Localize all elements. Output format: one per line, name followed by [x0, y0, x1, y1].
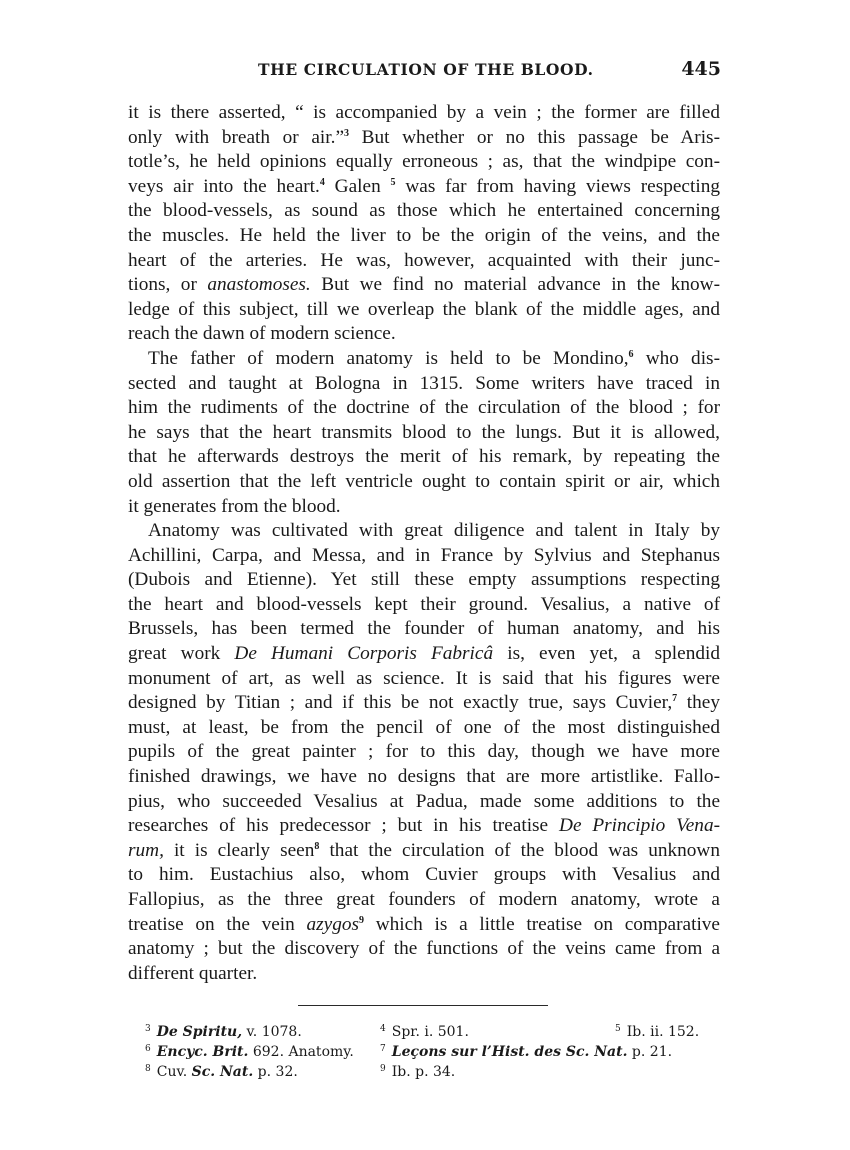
text-line: Achillini, Carpa, and Messa, and in Fran… — [128, 544, 720, 569]
text-segment: heart of the arteries. He was, however, … — [128, 250, 720, 271]
text-line: only with breath or air.”3 But whether o… — [128, 126, 720, 151]
footnote-number: 8 — [145, 1064, 151, 1074]
footnote-text: Cuv. — [157, 1064, 192, 1080]
text-line: the blood-vessels, as sound as those whi… — [128, 199, 720, 224]
text-line: he says that the heart transmits blood t… — [128, 421, 720, 446]
text-segment: Achillini, Carpa, and Messa, and in Fran… — [128, 545, 720, 566]
text-segment: different quarter. — [128, 963, 257, 984]
italic-text: rum, — [128, 840, 164, 861]
text-line: him the rudiments of the doctrine of the… — [128, 396, 720, 421]
text-line: old assertion that the left ventricle ou… — [128, 470, 720, 495]
footnote-number: 4 — [380, 1024, 386, 1034]
text-segment: sected and taught at Bologna in 1315. So… — [128, 373, 720, 394]
footnote-text: v. 1078. — [242, 1024, 302, 1040]
running-title: THE CIRCULATION OF THE BLOOD. — [258, 60, 594, 79]
footnote-text: p. 21. — [627, 1044, 672, 1060]
italic-text: De Humani Corporis Fabricâ — [234, 643, 493, 664]
text-segment: the muscles. He held the liver to be the… — [128, 225, 720, 246]
text-segment: who dis- — [634, 348, 720, 369]
text-segment: to him. Eustachius also, whom Cuvier gro… — [128, 864, 720, 885]
text-segment: Fallopius, as the three great founders o… — [128, 889, 720, 910]
text-segment: he says that the heart transmits blood t… — [128, 422, 720, 443]
footnote-title: Encyc. Brit. — [157, 1044, 249, 1060]
footnote-number: 9 — [380, 1064, 386, 1074]
text-segment: him the rudiments of the doctrine of the… — [128, 397, 720, 418]
footnote-title: Leçons sur l’Hist. des Sc. Nat. — [392, 1044, 628, 1060]
text-line: Fallopius, as the three great founders o… — [128, 888, 720, 913]
text-segment: the heart and blood-vessels kept their g… — [128, 594, 720, 615]
text-line: anatomy ; but the discovery of the funct… — [128, 937, 720, 962]
text-segment: Brussels, has been termed the founder of… — [128, 618, 720, 639]
text-segment: was far from having views respecting — [396, 176, 720, 197]
text-line: The father of modern anatomy is held to … — [128, 347, 720, 372]
text-segment: reach the dawn of modern science. — [128, 323, 396, 344]
text-line: pupils of the great painter ; for to thi… — [128, 740, 720, 765]
text-segment: finished drawings, we have no designs th… — [128, 766, 720, 787]
text-line: different quarter. — [128, 962, 720, 987]
text-line: researches of his predecessor ; but in h… — [128, 814, 720, 839]
footnote-number: 6 — [145, 1044, 151, 1054]
text-line: monument of art, as well as science. It … — [128, 667, 720, 692]
text-segment: the blood-vessels, as sound as those whi… — [128, 200, 720, 221]
page-number: 445 — [681, 58, 721, 80]
text-segment: great work — [128, 643, 234, 664]
italic-text: anastomoses. — [207, 274, 310, 295]
footnote: 7Leçons sur l’Hist. des Sc. Nat. p. 21. — [380, 1042, 672, 1062]
footnote-number: 5 — [615, 1024, 621, 1034]
text-segment: that the circulation of the blood was un… — [319, 840, 720, 861]
text-line: Anatomy was cultivated with great dilige… — [128, 519, 720, 544]
text-segment: anatomy ; but the discovery of the funct… — [128, 938, 720, 959]
text-segment: The father of modern anatomy is held to … — [148, 348, 629, 369]
text-segment: only with breath or air.” — [128, 127, 344, 148]
text-segment: veys air into the heart. — [128, 176, 320, 197]
text-segment: designed by Titian ; and if this be not … — [128, 692, 672, 713]
footnote-text: p. 32. — [253, 1064, 298, 1080]
footnote-title: Sc. Nat. — [192, 1064, 254, 1080]
text-segment: must, at least, be from the pencil of on… — [128, 717, 720, 738]
text-segment: it is there asserted, “ is accompanied b… — [128, 102, 720, 123]
text-segment: (Dubois and Etienne). Yet still these em… — [128, 569, 720, 590]
footnote: 6Encyc. Brit. 692. Anatomy. — [145, 1042, 354, 1062]
text-line: finished drawings, we have no designs th… — [128, 765, 720, 790]
text-line: rum, it is clearly seen8 that the circul… — [128, 839, 720, 864]
text-line: veys air into the heart.4 Galen 5 was fa… — [128, 175, 720, 200]
footnote-text: Spr. i. 501. — [392, 1024, 469, 1040]
text-segment: But whether or no this passage be Aris- — [349, 127, 720, 148]
footnote-text: Ib. ii. 152. — [627, 1024, 699, 1040]
text-segment: totle’s, he held opinions equally errone… — [128, 151, 720, 172]
footnote-number: 7 — [380, 1044, 386, 1054]
footnote: 3De Spiritu, v. 1078. — [145, 1022, 302, 1042]
footnote-text: Ib. p. 34. — [392, 1064, 456, 1080]
text-line: must, at least, be from the pencil of on… — [128, 716, 720, 741]
text-line: to him. Eustachius also, whom Cuvier gro… — [128, 863, 720, 888]
footnote-rule — [298, 1005, 548, 1006]
text-segment: Galen — [325, 176, 391, 197]
text-line: tions, or anastomoses. But we find no ma… — [128, 273, 720, 298]
body-text: it is there asserted, “ is accompanied b… — [128, 101, 720, 986]
footnote: 5Ib. ii. 152. — [615, 1022, 699, 1042]
text-segment: tions, or — [128, 274, 207, 295]
text-line: reach the dawn of modern science. — [128, 322, 720, 347]
page-header: THE CIRCULATION OF THE BLOOD. 445 — [258, 60, 721, 86]
text-line: treatise on the vein azygos9 which is a … — [128, 913, 720, 938]
text-segment: treatise on the vein — [128, 914, 307, 935]
text-line: the muscles. He held the liver to be the… — [128, 224, 720, 249]
text-line: designed by Titian ; and if this be not … — [128, 691, 720, 716]
text-line: Brussels, has been termed the founder of… — [128, 617, 720, 642]
text-line: heart of the arteries. He was, however, … — [128, 249, 720, 274]
text-line: ledge of this subject, till we overleap … — [128, 298, 720, 323]
footnote: 9Ib. p. 34. — [380, 1062, 455, 1082]
text-line: totle’s, he held opinions equally errone… — [128, 150, 720, 175]
text-segment: researches of his predecessor ; but in h… — [128, 815, 559, 836]
text-segment: pupils of the great painter ; for to thi… — [128, 741, 720, 762]
text-line: great work De Humani Corporis Fabricâ is… — [128, 642, 720, 667]
text-segment: is, even yet, a splendid — [493, 643, 720, 664]
footnote-text: 692. Anatomy. — [248, 1044, 353, 1060]
text-segment: it generates from the blood. — [128, 496, 341, 517]
text-segment: ledge of this subject, till we overleap … — [128, 299, 720, 320]
text-segment: which is a little treatise on comparativ… — [364, 914, 720, 935]
text-line: pius, who succeeded Vesalius at Padua, m… — [128, 790, 720, 815]
text-line: it generates from the blood. — [128, 495, 720, 520]
text-segment: pius, who succeeded Vesalius at Padua, m… — [128, 791, 720, 812]
footnote-number: 3 — [145, 1024, 151, 1034]
text-line: sected and taught at Bologna in 1315. So… — [128, 372, 720, 397]
italic-text: azygos — [307, 914, 360, 935]
text-segment: Anatomy was cultivated with great dilige… — [148, 520, 720, 541]
footnote: 8Cuv. Sc. Nat. p. 32. — [145, 1062, 298, 1082]
text-segment: But we find no material advance in the k… — [311, 274, 720, 295]
text-segment: monument of art, as well as science. It … — [128, 668, 720, 689]
italic-text: De Principio Vena- — [559, 815, 720, 836]
footnote: 4Spr. i. 501. — [380, 1022, 469, 1042]
text-segment: old assertion that the left ventricle ou… — [128, 471, 720, 492]
text-segment: it is clearly seen — [164, 840, 315, 861]
text-line: it is there asserted, “ is accompanied b… — [128, 101, 720, 126]
text-segment: they — [677, 692, 720, 713]
footnote-title: De Spiritu, — [157, 1024, 242, 1040]
text-segment: that he afterwards destroys the merit of… — [128, 446, 720, 467]
text-line: the heart and blood-vessels kept their g… — [128, 593, 720, 618]
book-page: THE CIRCULATION OF THE BLOOD. 445 it is … — [0, 0, 850, 1150]
text-line: that he afterwards destroys the merit of… — [128, 445, 720, 470]
text-line: (Dubois and Etienne). Yet still these em… — [128, 568, 720, 593]
